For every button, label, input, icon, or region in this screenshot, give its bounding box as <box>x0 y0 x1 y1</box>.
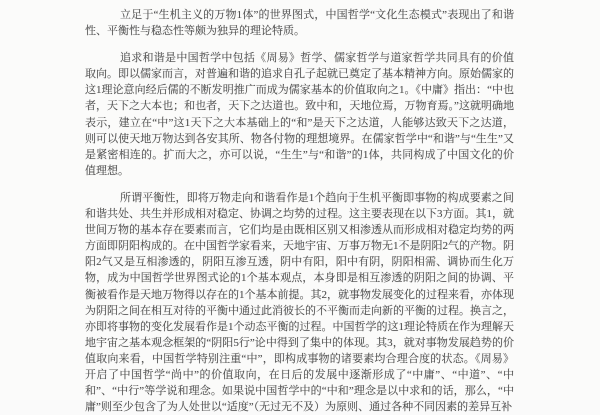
document-page: 立足于“生机主义的万物1体”的世界图式，中国哲学“文化生态模式”表现出了和谐性、… <box>0 0 600 400</box>
paragraph-intro: 立足于“生机主义的万物1体”的世界图式，中国哲学“文化生态模式”表现出了和谐性、… <box>85 7 514 39</box>
paragraph-harmony: 追求和谐是中国哲学中包括《周易》哲学、儒家哲学与道家哲学共同具有的价值取向。即以… <box>85 50 514 179</box>
paragraph-balance: 所谓平衡性，即将万物走向和谐看作是1个趋向于生机平衡即事物的构成要素之间和谐共处… <box>85 190 514 400</box>
text-block: 立足于“生机主义的万物1体”的世界图式，中国哲学“文化生态模式”表现出了和谐性、… <box>85 7 514 400</box>
